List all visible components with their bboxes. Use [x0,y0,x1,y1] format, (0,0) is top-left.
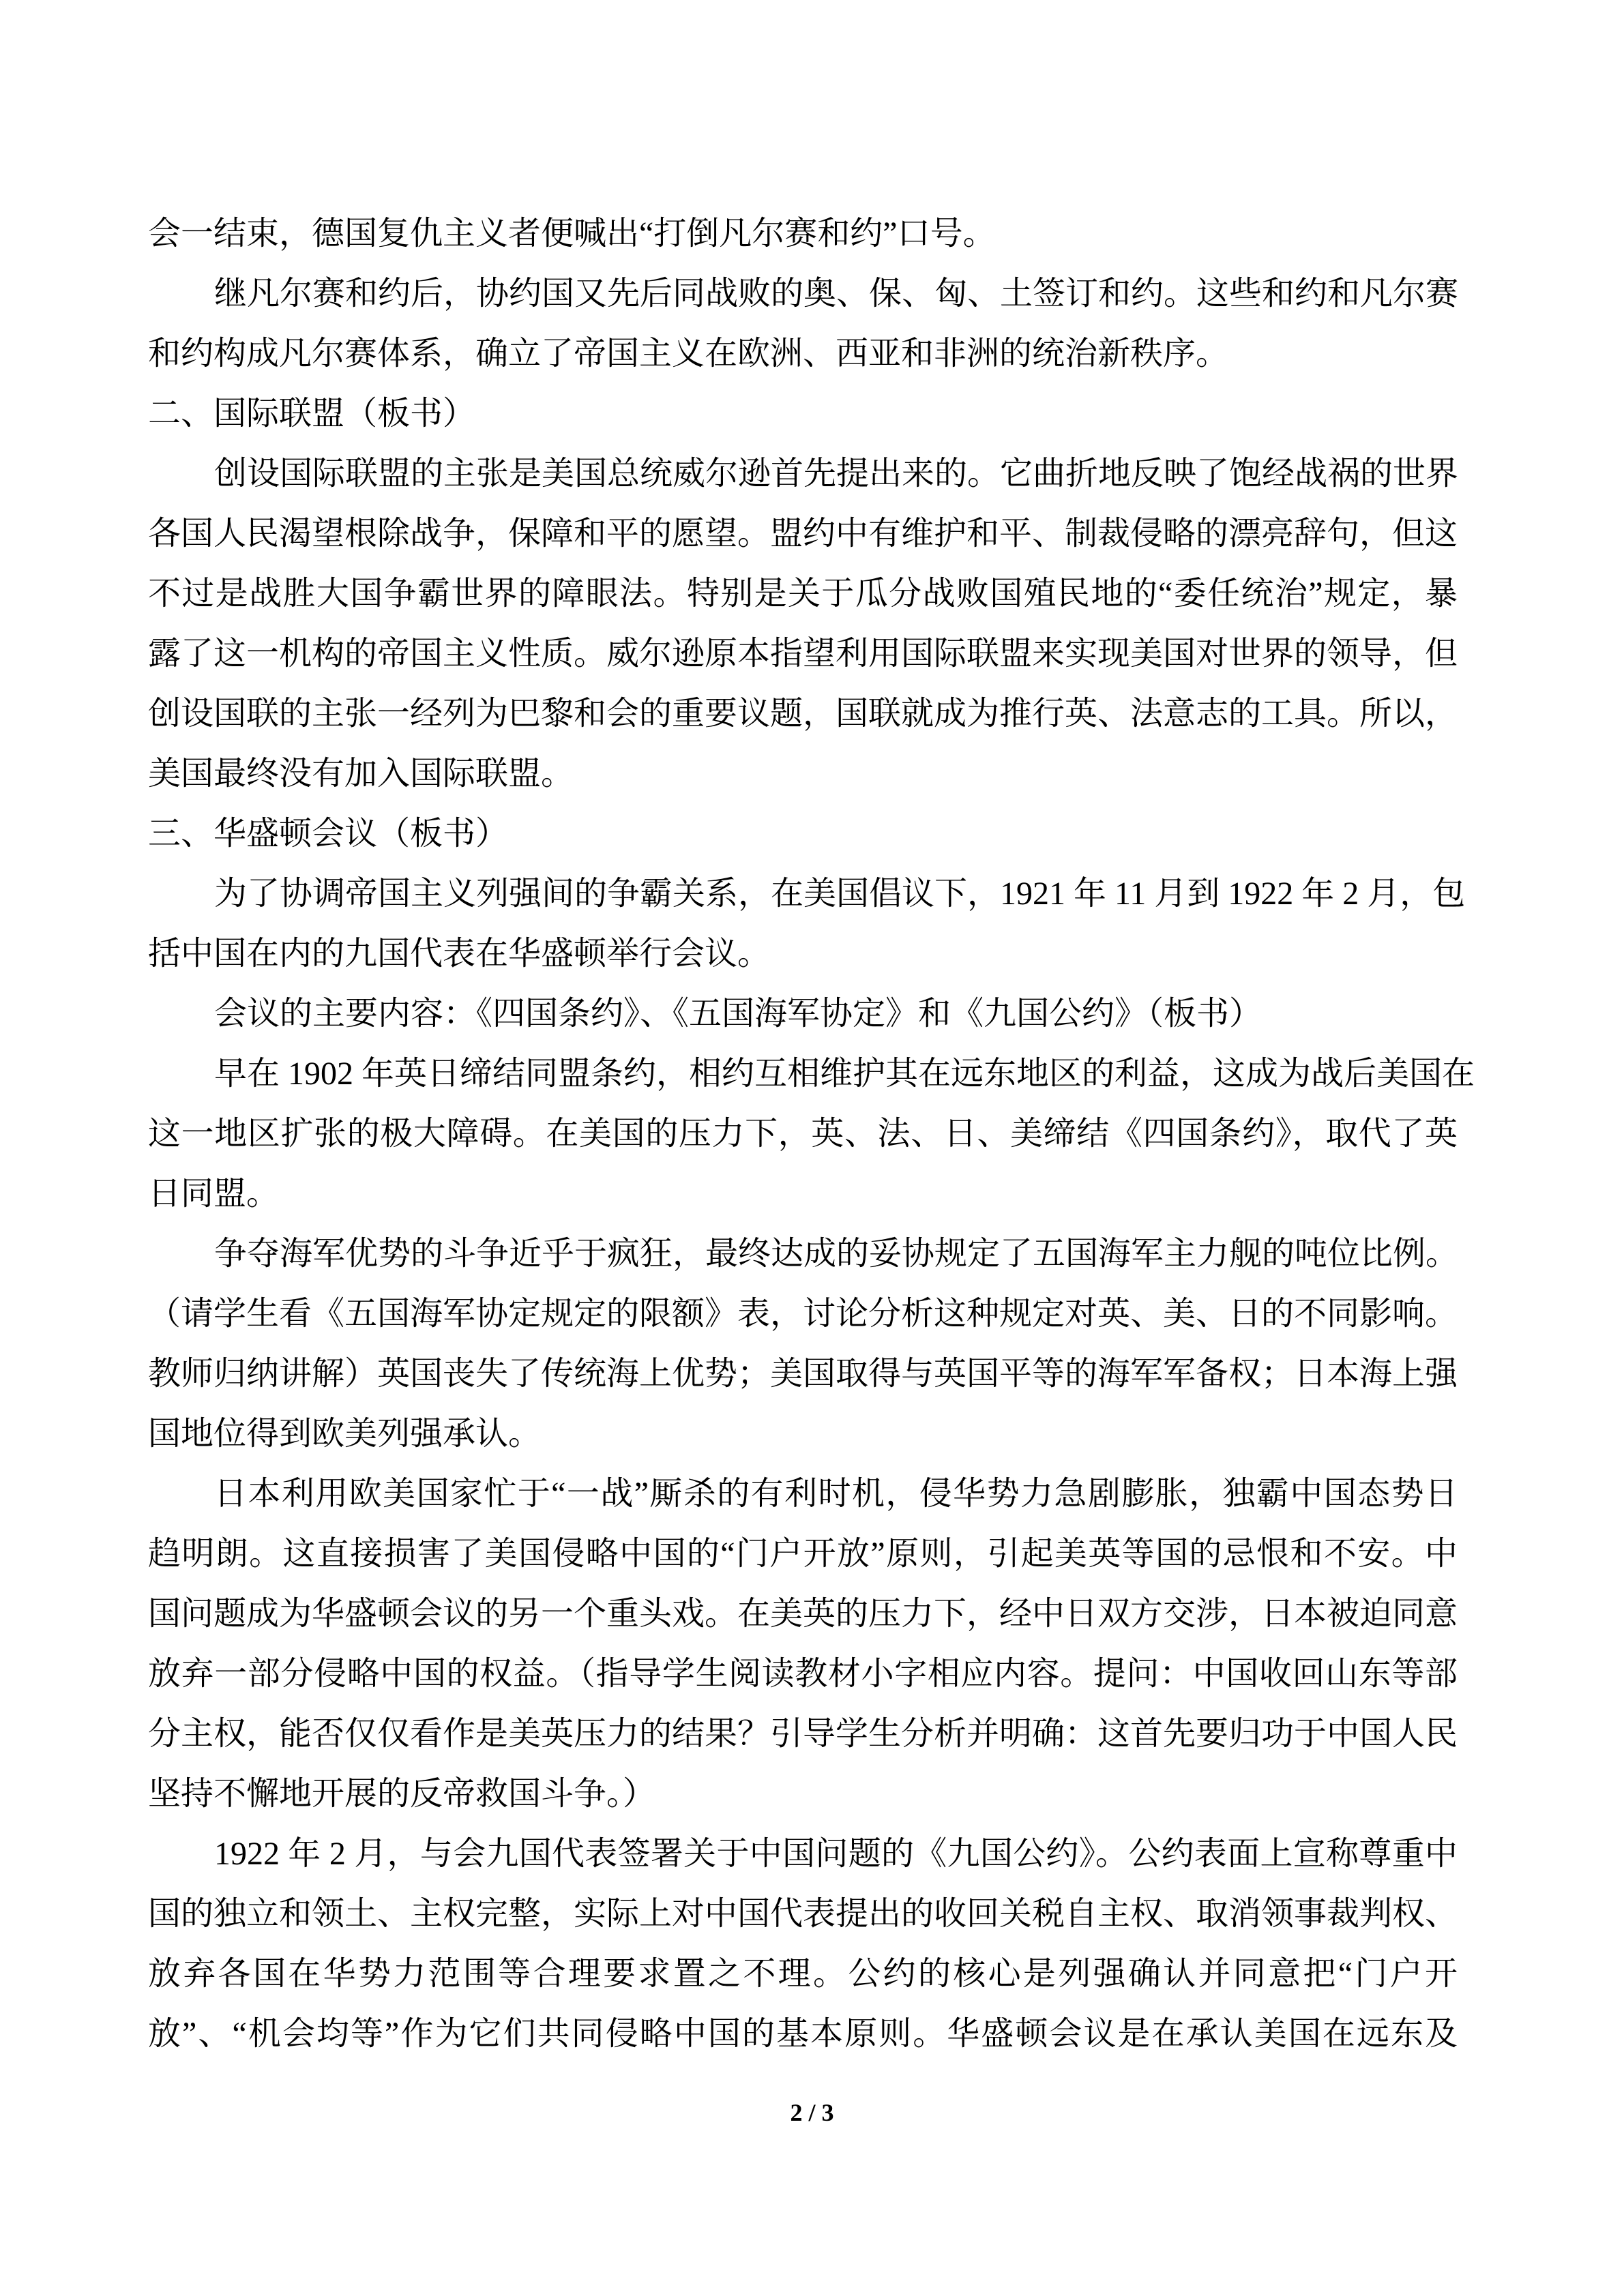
document-page: 会一结束，德国复仇主义者便喊出“打倒凡尔赛和约”口号。继凡尔赛和约后，协约国又先… [0,0,1624,2296]
paragraph-line: 露了这一机构的帝国主义性质。威尔逊原本指望利用国际联盟来实现美国对世界的领导，但 [148,624,1458,684]
document-body: 会一结束，德国复仇主义者便喊出“打倒凡尔赛和约”口号。继凡尔赛和约后，协约国又先… [148,204,1458,2064]
paragraph-line: 国地位得到欧美列强承认。 [148,1404,1458,1464]
paragraph-line: 继凡尔赛和约后，协约国又先后同战败的奥、保、匈、土签订和约。这些和约和凡尔赛 [148,264,1458,324]
paragraph-line: 早在 1902 年英日缔结同盟条约，相约互相维护其在远东地区的利益，这成为战后美… [148,1044,1458,1104]
paragraph-line: 放”、“机会均等”作为它们共同侵略中国的基本原则。华盛顿会议是在承认美国在远东及 [148,2004,1458,2064]
paragraph-line: 坚持不懈地开展的反帝救国斗争。） [148,1764,1458,1824]
paragraph-line: 和约构成凡尔赛体系，确立了帝国主义在欧洲、西亚和非洲的统治新秩序。 [148,324,1458,384]
paragraph-line: 括中国在内的九国代表在华盛顿举行会议。 [148,924,1458,984]
paragraph-line: 这一地区扩张的极大障碍。在美国的压力下，英、法、日、美缔结《四国条约》，取代了英 [148,1104,1458,1164]
paragraph-line: 国的独立和领土、主权完整，实际上对中国代表提出的收回关税自主权、取消领事裁判权、 [148,1884,1458,1944]
paragraph-line: （请学生看《五国海军协定规定的限额》表，讨论分析这种规定对英、美、日的不同影响。 [148,1284,1458,1344]
paragraph-line: 为了协调帝国主义列强间的争霸关系，在美国倡议下，1921 年 11 月到 192… [148,864,1458,924]
paragraph-line: 放弃一部分侵略中国的权益。（指导学生阅读教材小字相应内容。提问：中国收回山东等部 [148,1644,1458,1704]
paragraph-line: 不过是战胜大国争霸世界的障眼法。特别是关于瓜分战败国殖民地的“委任统治”规定，暴 [148,564,1458,624]
paragraph-line: 1922 年 2 月，与会九国代表签署关于中国问题的《九国公约》。公约表面上宣称… [148,1824,1458,1884]
paragraph-line: 日同盟。 [148,1164,1458,1224]
paragraph-line: 趋明朗。这直接损害了美国侵略中国的“门户开放”原则，引起美英等国的忌恨和不安。中 [148,1524,1458,1584]
paragraph-line: 争夺海军优势的斗争近乎于疯狂，最终达成的妥协规定了五国海军主力舰的吨位比例。 [148,1224,1458,1284]
paragraph-line: 会一结束，德国复仇主义者便喊出“打倒凡尔赛和约”口号。 [148,204,1458,264]
page-number: 2 / 3 [0,2098,1624,2128]
paragraph-line: 美国最终没有加入国际联盟。 [148,744,1458,804]
paragraph-line: 创设国联的主张一经列为巴黎和会的重要议题，国联就成为推行英、法意志的工具。所以， [148,684,1458,744]
paragraph-line: 放弃各国在华势力范围等合理要求置之不理。公约的核心是列强确认并同意把“门户开 [148,1944,1458,2004]
paragraph-line: 会议的主要内容：《四国条约》、《五国海军协定》和《九国公约》（板书） [148,984,1458,1044]
section-heading: 三、华盛顿会议（板书） [148,804,1458,864]
paragraph-line: 创设国际联盟的主张是美国总统威尔逊首先提出来的。它曲折地反映了饱经战祸的世界 [148,444,1458,504]
paragraph-line: 教师归纳讲解）英国丧失了传统海上优势；美国取得与英国平等的海军军备权；日本海上强 [148,1344,1458,1404]
paragraph-line: 各国人民渴望根除战争，保障和平的愿望。盟约中有维护和平、制裁侵略的漂亮辞句，但这 [148,504,1458,564]
paragraph-line: 分主权，能否仅仅看作是美英压力的结果？引导学生分析并明确：这首先要归功于中国人民 [148,1704,1458,1764]
section-heading: 二、国际联盟（板书） [148,384,1458,444]
paragraph-line: 国问题成为华盛顿会议的另一个重头戏。在美英的压力下，经中日双方交涉，日本被迫同意 [148,1584,1458,1644]
paragraph-line: 日本利用欧美国家忙于“一战”厮杀的有利时机，侵华势力急剧膨胀，独霸中国态势日 [148,1464,1458,1524]
